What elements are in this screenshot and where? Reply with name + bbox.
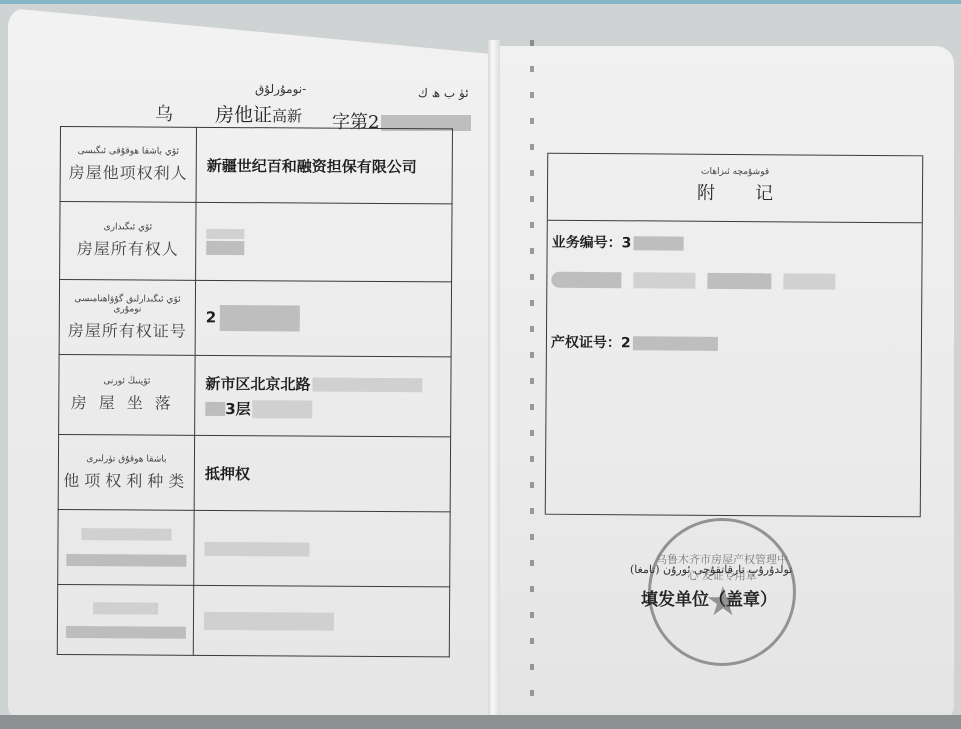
- redacted-block: [783, 273, 835, 289]
- label-uyghur: باشقا ھوقۇق تۈرلىرى: [60, 454, 193, 465]
- label-chinese: 房屋他项权利人: [62, 160, 195, 184]
- redacted-block: [633, 236, 683, 250]
- label-uyghur: ئۆي ئىگىدارلىق گۇۋاھنامىسى نومۇرى: [61, 294, 194, 315]
- redacted-block: [204, 612, 334, 631]
- owner-value: [196, 202, 452, 282]
- table-row: ئۆي ئىگىدارلىق گۇۋاھنامىسى نومۇرى房屋所有权证号…: [59, 280, 451, 357]
- business-number-visible: 3: [622, 235, 632, 251]
- certificate-district: 高新: [272, 107, 302, 125]
- row-label: ئۆي ئىگىدارى房屋所有权人: [60, 202, 196, 281]
- redacted-value: [193, 585, 449, 657]
- table-row: [57, 584, 449, 656]
- label-uyghur: ئۆي باشقا ھوقۇقى ئىگىسى: [62, 146, 195, 157]
- redacted-block: [633, 336, 718, 351]
- table-row: ئۆينىڭ ئورنى房屋坐落 新市区北京北路3层: [59, 354, 451, 436]
- address-value: 新市区北京北路3层: [195, 355, 451, 437]
- row-label: باشقا ھوقۇق تۈرلىرى他项权利种类: [58, 434, 194, 510]
- label-chinese: 房屋所有权人: [61, 236, 194, 260]
- redacted-block: [707, 273, 771, 289]
- photo-top-edge: [0, 0, 961, 4]
- rights-holder-value: 新疆世纪百和融资担保有限公司: [196, 127, 452, 204]
- address-line1: 新市区北京北路: [205, 374, 310, 393]
- redacted-value: [194, 510, 450, 587]
- row-label: ئۆي باشقا ھوقۇقى ئىگىسى房屋他项权利人: [60, 127, 196, 203]
- business-number-label: 业务编号：: [552, 235, 622, 251]
- table-row: ئۆي باشقا ھوقۇقى ئىگىسى房屋他项权利人 新疆世纪百和融资担…: [60, 127, 452, 204]
- header-uyghur-abbrev: ئۈ ب ھ ك: [418, 86, 469, 100]
- table-row: [58, 509, 450, 586]
- photo-bottom-edge: [0, 715, 961, 729]
- label-chinese: 他项权利种类: [60, 468, 193, 492]
- redacted-block: [205, 402, 225, 416]
- certificate-table: ئۆي باشقا ھوقۇقى ئىگىسى房屋他项权利人 新疆世纪百和融资担…: [57, 126, 453, 657]
- redacted-block: [93, 602, 158, 614]
- annotation-box: قوشۇمچە ئىزاھات 附记 业务编号：3 产权证号：2: [545, 153, 924, 518]
- redacted-block: [206, 240, 244, 254]
- redacted-block: [204, 541, 309, 556]
- property-cert-number: 产权证号：2: [551, 332, 718, 353]
- redacted-block: [65, 626, 185, 639]
- label-chinese: 房屋所有权证号: [61, 318, 194, 342]
- certificate-title: 房他证高新: [215, 100, 302, 127]
- issuer-uyghur: تولدۇرۇپ تارقاتقۇچى ئورۇن (تامغا): [630, 563, 792, 576]
- label-uyghur: ئۆي ئىگىدارى: [61, 222, 194, 233]
- certificate-type: 房他证: [215, 104, 272, 126]
- ownership-cert-value: 2: [195, 280, 451, 357]
- table-row: ئۆي ئىگىدارى房屋所有权人: [60, 202, 452, 282]
- redacted-block: [633, 272, 695, 288]
- business-number: 业务编号：3: [552, 232, 684, 253]
- table-row: باشقا ھوقۇق تۈرلىرى他项权利种类 抵押权: [58, 434, 450, 511]
- label-uyghur: ئۆينىڭ ئورنى: [60, 376, 193, 387]
- issuer-label: 填发单位（盖章）: [641, 585, 777, 610]
- redacted-block: [66, 554, 186, 567]
- redacted-block: [81, 528, 171, 541]
- booklet-spine: [488, 40, 500, 720]
- redacted-block: [253, 400, 313, 418]
- binding-stitch: [530, 40, 534, 700]
- address-line2: 3层: [225, 400, 251, 418]
- property-cert-label: 产权证号：: [551, 335, 621, 351]
- value-visible: 2: [206, 308, 217, 326]
- redacted-block: [312, 378, 422, 393]
- row-label: [58, 509, 194, 585]
- label-chinese: 房屋坐落: [60, 390, 193, 414]
- property-cert-visible: 2: [621, 335, 631, 351]
- right-type-value: 抵押权: [194, 435, 450, 512]
- header-uyghur-number-label: -نومۇرلۇق: [255, 82, 306, 96]
- annotation-header: قوشۇمچە ئىزاھات 附记: [548, 166, 922, 224]
- row-label: [57, 584, 193, 655]
- heading-uyghur: قوشۇمچە ئىزاھات: [548, 166, 922, 179]
- redacted-line: [551, 272, 835, 290]
- redacted-block: [220, 305, 300, 331]
- row-label: ئۆي ئىگىدارلىق گۇۋاھنامىسى نومۇرى房屋所有权证号: [59, 280, 195, 356]
- redacted-block: [551, 272, 621, 288]
- redacted-block: [206, 228, 244, 238]
- region-prefix: 乌: [155, 100, 173, 126]
- row-label: ئۆينىڭ ئورنى房屋坐落: [59, 354, 195, 435]
- heading-chinese: 附记: [657, 182, 813, 204]
